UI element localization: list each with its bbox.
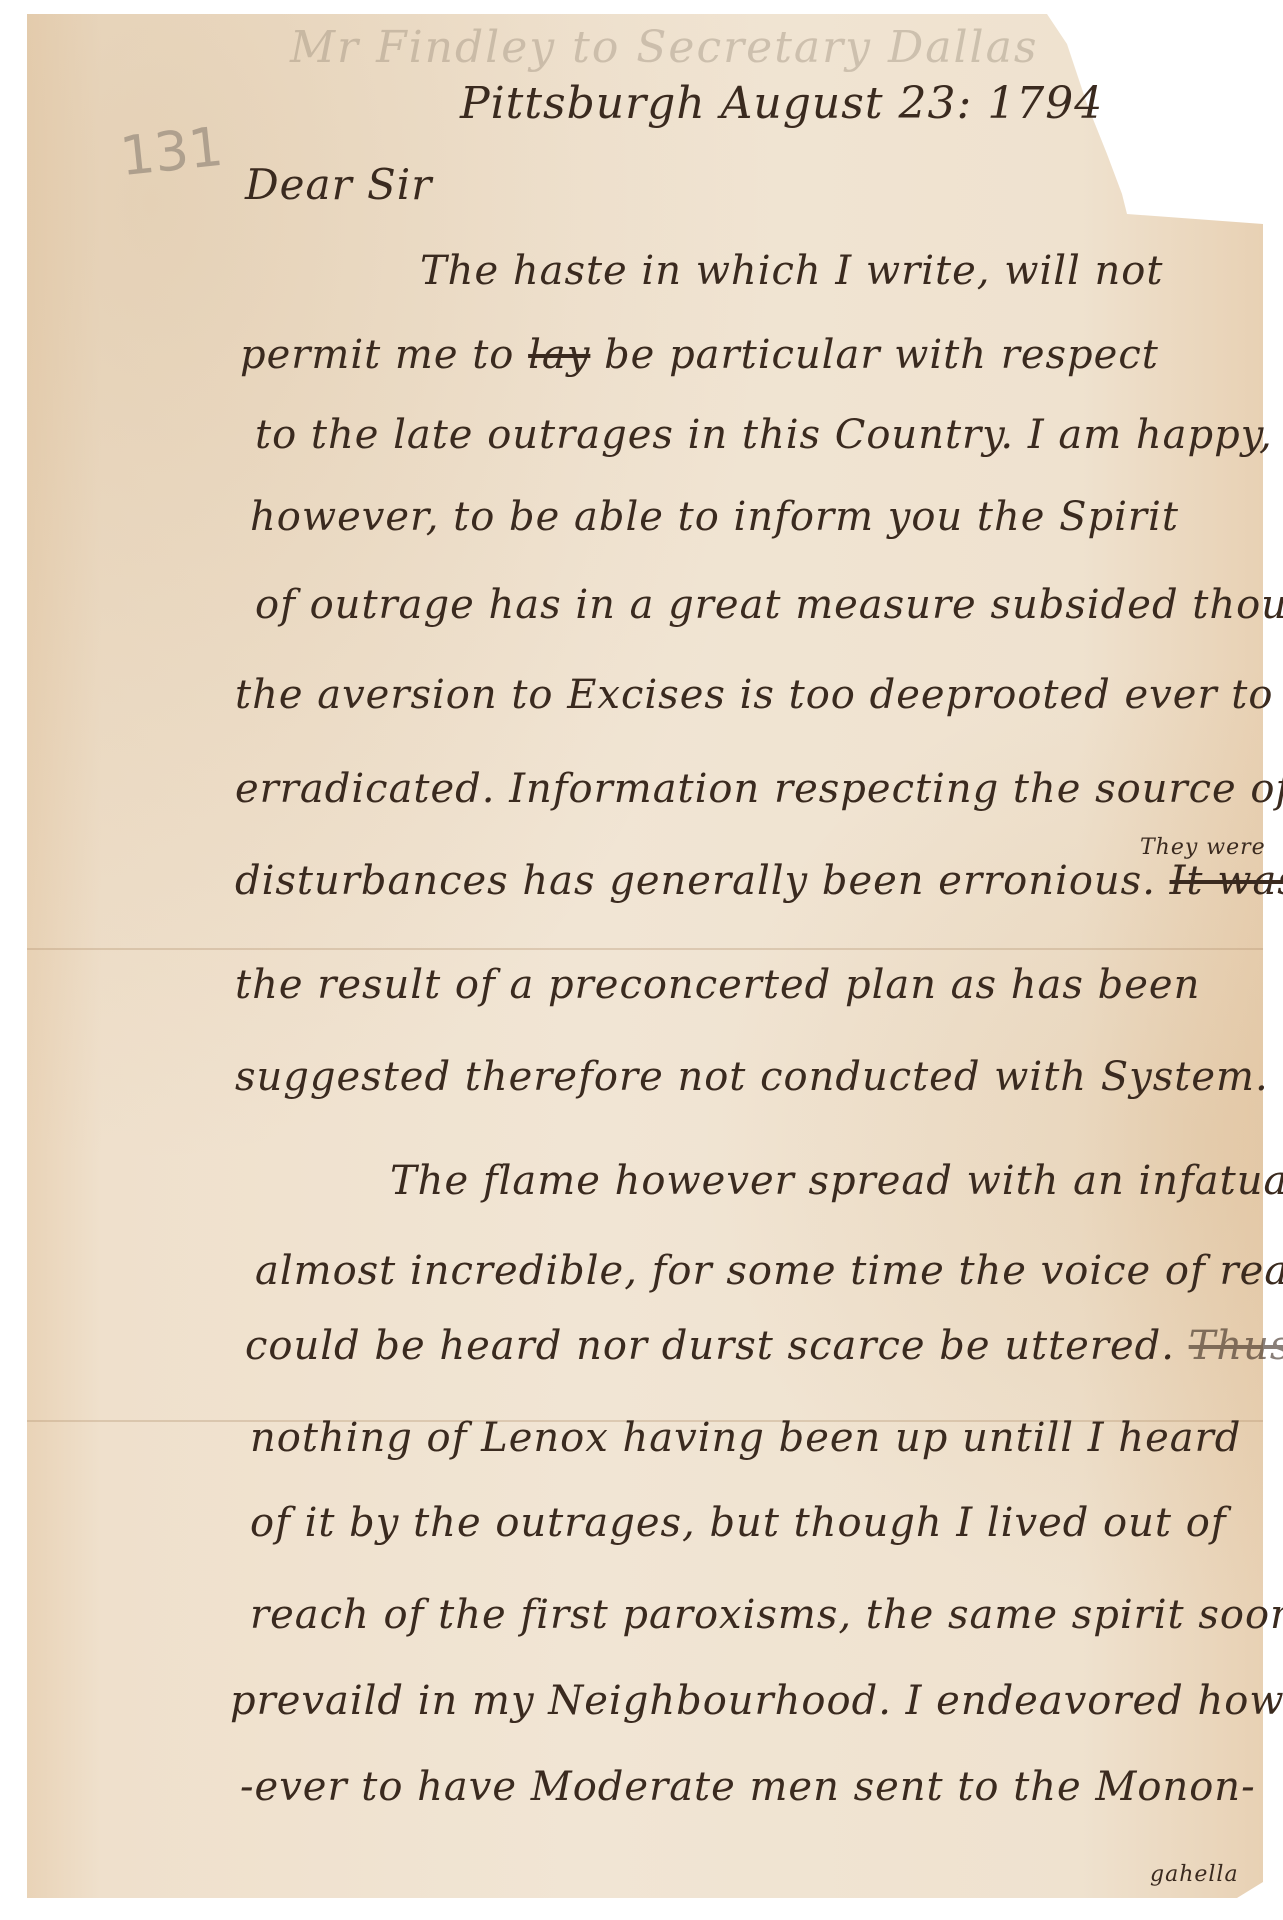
- fold-line: [27, 948, 1263, 950]
- letter-line: of outrage has in a great measure subsid…: [255, 582, 1283, 628]
- catchword: gahella: [1150, 1862, 1239, 1887]
- line-text: disturbances has generally been erroniou…: [235, 858, 1156, 904]
- letter-line: the aversion to Excises is too deeproote…: [235, 672, 1283, 718]
- line-text: permit me to: [240, 332, 514, 378]
- letter-line: The haste in which I write, will not: [420, 248, 1163, 294]
- letter-line: almost incredible, for some time the voi…: [255, 1248, 1283, 1294]
- dateline: Pittsburgh August 23: 1794: [460, 78, 1103, 129]
- line-text: could be heard nor durst scarce be utter…: [245, 1323, 1175, 1369]
- pencil-docket-note: Mr Findley to Secretary Dallas: [290, 22, 1038, 73]
- struck-word: It was: [1170, 858, 1283, 904]
- letter-line: of it by the outrages, but though I live…: [250, 1500, 1227, 1546]
- letter-line: however, to be able to inform you the Sp…: [250, 494, 1179, 540]
- letter-line: suggested therefore not conducted with S…: [235, 1054, 1269, 1100]
- letter-line: The flame however spread with an infatua…: [390, 1158, 1283, 1204]
- letter-line: the result of a preconcerted plan as has…: [235, 962, 1200, 1008]
- letter-line: could be heard nor durst scarce be utter…: [245, 1323, 1283, 1369]
- letter-line: nothing of Lenox having been up untill I…: [250, 1415, 1241, 1461]
- struck-word: Thus: [1189, 1323, 1283, 1369]
- letter-line: permit me to lay be particular with resp…: [240, 332, 1159, 378]
- letter-line: erradicated. Information respecting the …: [235, 766, 1283, 812]
- interlinear-insertion: They were: [1140, 835, 1266, 860]
- salutation: Dear Sir: [245, 160, 432, 209]
- folio-number: 131: [117, 115, 226, 188]
- letter-line: prevaild in my Neighbourhood. I endeavor…: [230, 1678, 1283, 1724]
- struck-word: lay: [528, 332, 590, 378]
- letter-line: to the late outrages in this Country. I …: [255, 412, 1273, 458]
- line-text: be particular with respect: [604, 332, 1159, 378]
- letter-line: disturbances has generally been erroniou…: [235, 858, 1283, 904]
- letter-line: reach of the first paroxisms, the same s…: [250, 1592, 1283, 1638]
- letter-line: -ever to have Moderate men sent to the M…: [240, 1764, 1256, 1810]
